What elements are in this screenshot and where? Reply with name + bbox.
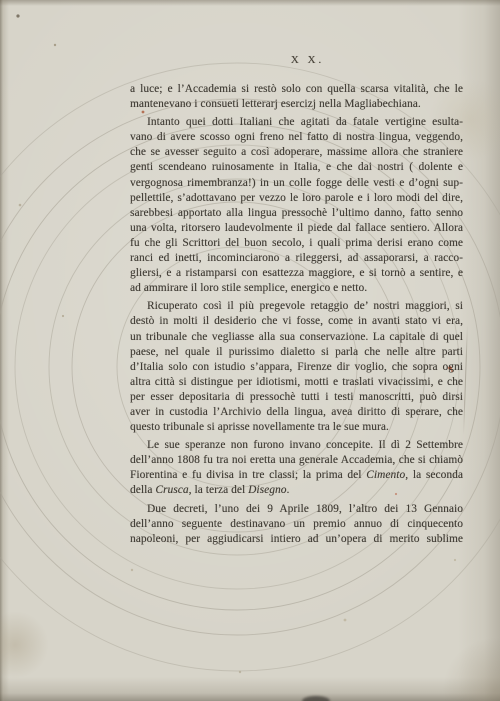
text-segment: sarebbesi apportato alla lingua pressoch… [130,207,463,219]
text-segment: della [130,484,155,496]
text-segment: a luce; e l’Accademia si restò solo con … [130,83,463,95]
text-segment: , la terza del [189,484,249,496]
text-segment: Fiorentina e fu divisa in tre classi; la… [130,469,366,481]
foxing-speck [19,204,22,207]
text-segment: per esser depositaria di pressochè tutti… [130,391,463,403]
text-line: vano di avere scosso ogni freno nel fatt… [130,130,463,145]
italic-text: Cimento [366,469,405,481]
paragraph: Intanto quei dotti Italiani che agitati … [130,115,463,296]
text-segment: mantenevano i consueti letterarj eserciz… [130,98,421,110]
text-segment: ranci ed inetti, incominciarono a rilegg… [130,252,463,264]
italic-text: Crusca [155,484,188,496]
text-line: un tribunale che vegliasse alla sua cons… [130,330,463,345]
text-line: Le sue speranze non furono invano concep… [130,438,463,453]
text-line: altra città si distingue per idiotismi, … [130,375,463,390]
foxing-speck [344,619,347,622]
foxing-speck [16,14,19,17]
text-segment: d’Italia solo con istudio s’appara, Fire… [130,361,463,373]
text-segment: napoleoni, per aggiudicarsi intiero ad u… [130,533,463,545]
text-line: Due decreti, l’uno dei 9 Aprile 1809, l’… [130,502,463,517]
paragraph: a luce; e l’Accademia si restò solo con … [130,82,463,112]
text-segment: vergognosa rimembranza!) in un colle fog… [130,177,463,189]
text-line: dell’anno seguente destinavano un premio… [130,517,463,532]
text-segment: un tribunale che vegliasse alla sua cons… [130,331,463,343]
text-segment: Due decreti, l’uno dei 9 Aprile 1809, l’… [147,503,463,515]
foxing-speck [239,671,241,673]
text-line: ranci ed inetti, incominciarono a rilegg… [130,251,463,266]
text-line: Ricuperato così il più pregevole retaggi… [130,299,463,314]
foxing-speck [62,315,64,317]
text-segment: destò in molti il desiderio che vi fosse… [130,315,463,327]
text-line: gliersi, e a ristamparsi con esattezza m… [130,266,463,281]
text-line: Intanto quei dotti Italiani che agitati … [130,115,463,130]
foxing-speck [131,569,133,571]
text-segment: , la seconda [405,469,463,481]
text-line: pellettile, s’adottavano per vezzo le lo… [130,191,463,206]
text-segment: altra città si distingue per idiotismi, … [130,376,463,388]
text-line: paese, nel quale il purissimo dialetto s… [130,345,463,360]
page-crease [463,325,468,435]
text-segment: che se avesser seguito a così adoperare,… [130,146,463,158]
text-segment: una volta, ritorsero laudevolmente il pi… [130,222,463,234]
paragraph: Due decreti, l’uno dei 9 Aprile 1809, l’… [130,502,463,547]
text-line: per esser depositaria di pressochè tutti… [130,390,463,405]
text-segment: vano di avere scosso ogni freno nel fatt… [130,131,463,143]
text-line: genti scendeano ruinosamente in Italia, … [130,160,463,175]
text-segment: ad ammirare il loro stile semplice, ener… [130,282,367,294]
text-line: fu che gli Scrittori del buon secolo, i … [130,236,463,251]
text-block: a luce; e l’Accademia si restò solo con … [130,82,463,547]
text-line: destò in molti il desiderio che vi fosse… [130,314,463,329]
text-line: questo tribunale si aprisse novellamente… [130,420,463,435]
foxing-speck [454,559,456,561]
text-line: ad ammirare il loro stile semplice, ener… [130,281,463,296]
text-line: a luce; e l’Accademia si restò solo con … [130,82,463,97]
italic-text: Disegno [248,484,286,496]
text-line: napoleoni, per aggiudicarsi intiero ad u… [130,532,463,547]
text-segment: paese, nel quale il purissimo dialetto s… [130,346,463,358]
text-line: che se avesser seguito a così adoperare,… [130,145,463,160]
text-line: Fiorentina e fu divisa in tre classi; la… [130,468,463,483]
text-segment: dell’anno 1808 fu tra noi eretta una gen… [130,454,463,466]
text-line: mantenevano i consueti letterarj eserciz… [130,97,463,112]
text-segment: questo tribunale si aprisse novellamente… [130,421,389,433]
binding-smudge [302,696,330,701]
text-line: d’Italia solo con istudio s’appara, Fire… [130,360,463,375]
text-segment: Intanto quei dotti Italiani che agitati … [147,116,463,128]
text-line: vergognosa rimembranza!) in un colle fog… [130,176,463,191]
text-line: dell’anno 1808 fu tra noi eretta una gen… [130,453,463,468]
text-segment: Le sue speranze non furono invano concep… [147,439,463,451]
text-segment: . [287,484,290,496]
text-line: della Crusca, la terza del Disegno. [130,483,463,498]
text-segment: aver in custodia l’Archivio della lingua… [130,406,463,418]
text-line: aver in custodia l’Archivio della lingua… [130,405,463,420]
text-line: sarebbesi apportato alla lingua pressoch… [130,206,463,221]
paragraph: Le sue speranze non furono invano concep… [130,438,463,498]
text-segment: fu che gli Scrittori del buon secolo, i … [130,237,463,249]
text-line: una volta, ritorsero laudevolmente il pi… [130,221,463,236]
page-number: X X. [130,54,463,66]
foxing-speck [54,44,56,46]
text-segment: gliersi, e a ristamparsi con esattezza m… [130,267,463,279]
text-segment: genti scendeano ruinosamente in Italia, … [130,161,463,173]
paragraph: Ricuperato così il più pregevole retaggi… [130,299,463,435]
text-segment: Ricuperato così il più pregevole retaggi… [147,300,463,312]
scanned-page: X X. a luce; e l’Accademia si restò solo… [0,0,500,701]
text-segment: pellettile, s’adottavano per vezzo le lo… [130,192,463,204]
text-segment: dell’anno seguente destinavano un premio… [130,518,463,530]
